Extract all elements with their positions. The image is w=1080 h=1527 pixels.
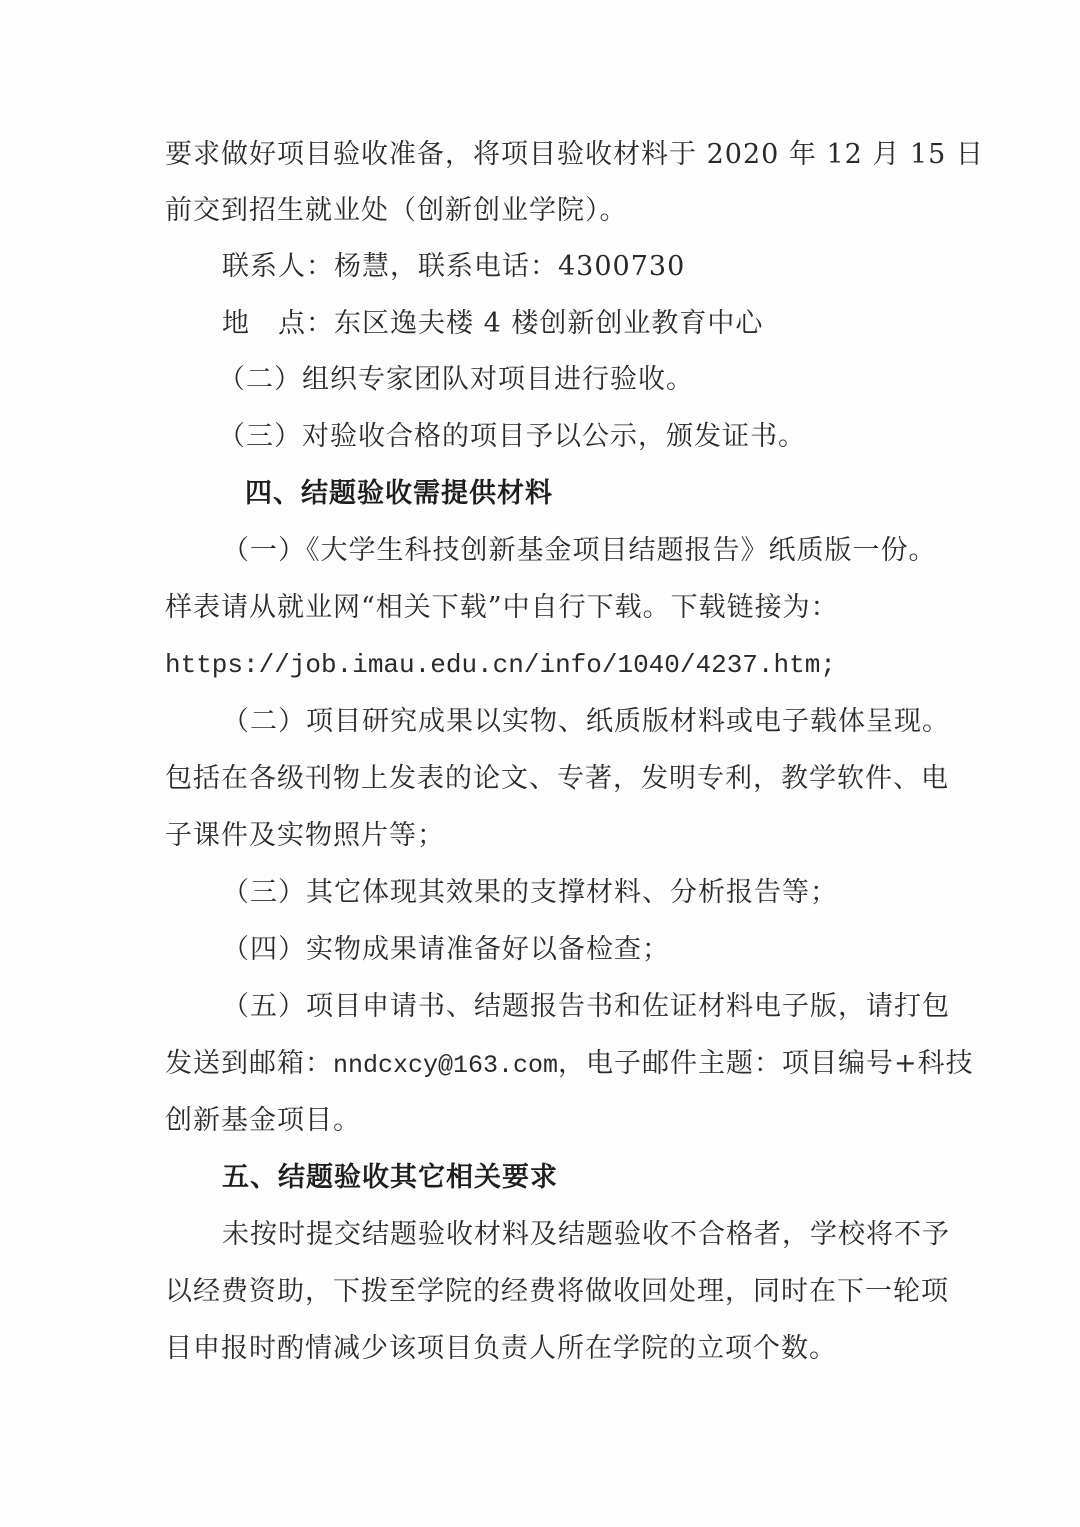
contact-line: 联系人：杨慧，联系电话：4300730: [222, 250, 685, 284]
paragraph-line: 以经费资助，下拨至学院的经费将做收回处理，同时在下一轮项: [165, 1275, 949, 1309]
download-link[interactable]: https://job.imau.edu.cn/info/1040/4237.h…: [165, 648, 836, 682]
list-item: （四）实物成果请准备好以备检查；: [222, 933, 670, 967]
location-line: 地 点：东区逸夫楼 4 楼创新创业教育中心: [222, 307, 763, 341]
paragraph-line: 样表请从就业网“相关下载”中自行下载。下载链接为：: [165, 591, 839, 625]
paragraph-line: 包括在各级刊物上发表的论文、专著，发明专利，教学软件、电: [165, 762, 949, 796]
document-page: 要求做好项目验收准备，将项目验收材料于 2020 年 12 月 15 日 前交到…: [0, 0, 1080, 1527]
email-suffix: ，电子邮件主题：项目编号+科技: [558, 1048, 974, 1079]
paragraph-line: 要求做好项目验收准备，将项目验收材料于 2020 年 12 月 15 日: [165, 138, 984, 172]
paragraph-line: 创新基金项目。: [165, 1104, 361, 1138]
paragraph-line: 目申报时酌情减少该项目负责人所在学院的立项个数。: [165, 1332, 837, 1366]
section-heading: 四、结题验收需提供材料: [245, 477, 553, 511]
paragraph-line: 未按时提交结题验收材料及结题验收不合格者，学校将不予: [222, 1218, 950, 1252]
paragraph-line: 子课件及实物照片等；: [165, 819, 445, 853]
paragraph-line: 前交到招生就业处（创新创业学院）。: [165, 194, 628, 228]
list-item: （一）《大学生科技创新基金项目结题报告》纸质版一份。: [222, 534, 937, 568]
paragraph-line: 发送到邮箱：nndcxcy@163.com，电子邮件主题：项目编号+科技: [165, 1047, 974, 1083]
section-heading: 五、结题验收其它相关要求: [222, 1161, 558, 1195]
list-item: （三）对验收合格的项目予以公示，颁发证书。: [218, 420, 806, 454]
list-item: （二）组织专家团队对项目进行验收。: [218, 363, 694, 397]
list-item: （三）其它体现其效果的支撑材料、分析报告等；: [222, 876, 838, 910]
list-item: （二）项目研究成果以实物、纸质版材料或电子载体呈现。: [222, 705, 950, 739]
email-link[interactable]: nndcxcy@163.com: [333, 1051, 558, 1080]
list-item: （五）项目申请书、结题报告书和佐证材料电子版，请打包: [222, 990, 950, 1024]
email-prefix: 发送到邮箱：: [165, 1048, 333, 1079]
